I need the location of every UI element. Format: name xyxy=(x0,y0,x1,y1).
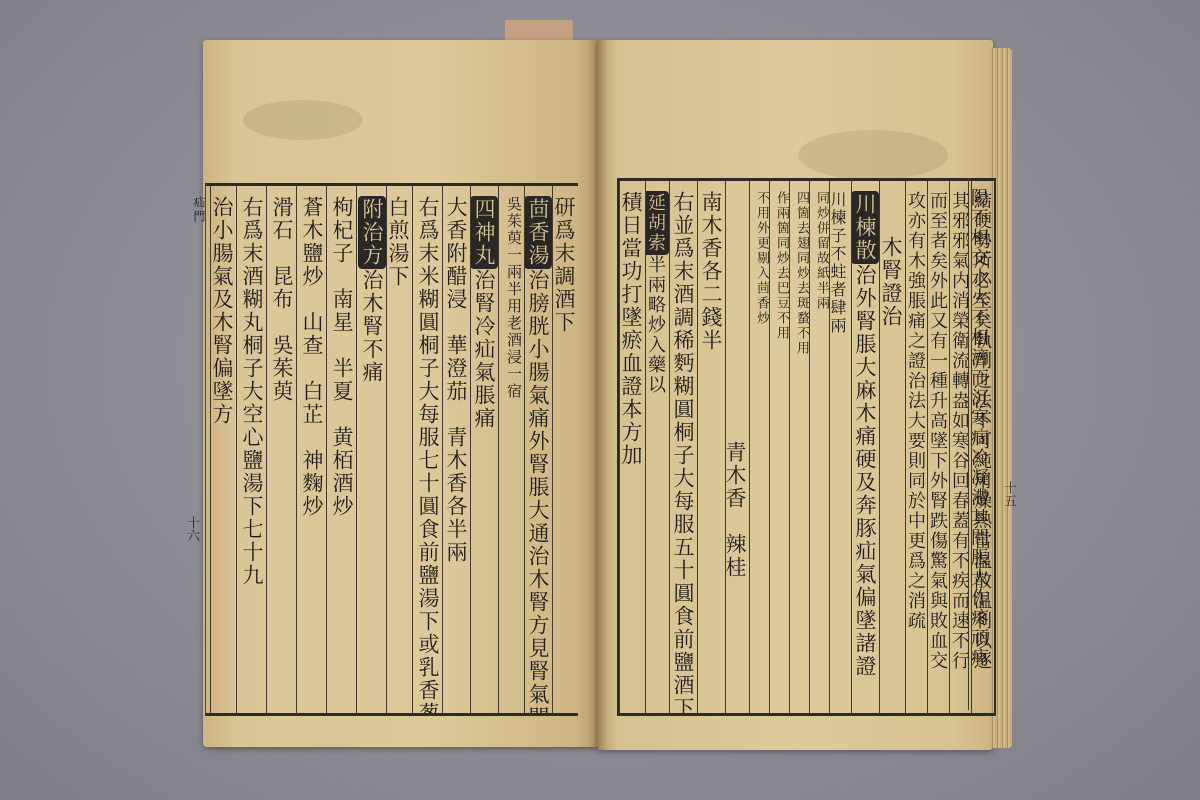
text-column: 而至者矣外此又有一種升高墜下外腎跌傷驚氣與敗血交 xyxy=(927,181,949,713)
book-gutter xyxy=(588,40,608,750)
column-text: 研爲末調酒下 xyxy=(552,196,576,334)
text-column: 茴香湯治膀胱小腸氣痛外腎脹大通治木腎方見腎氣門 xyxy=(524,186,552,713)
column-text: 治外腎脹大麻木痛硬及奔豚疝氣偏墜諸證 xyxy=(853,264,877,678)
text-column: 南木香各二錢半 xyxy=(697,181,725,713)
text-column: 附治方治木腎不痛 xyxy=(356,186,386,713)
column-text: 蒼木鹽炒 山查 白芷 神麴炒 xyxy=(300,196,324,518)
text-column: 枸杞子 南星 半夏 黄栢酒炒 xyxy=(326,186,356,713)
text-column: 陽不相交水火不相濟而沉寒痼冷凝滯其間脹大作疼頑痺 xyxy=(968,178,990,710)
text-column: 攻亦有木強脹痛之證治法大要則同於中更爲之消疏 xyxy=(905,181,927,713)
text-column: 蒼木鹽炒 山查 白芷 神麴炒 xyxy=(296,186,326,713)
margin-title: 疝門 xyxy=(180,186,206,713)
column-text: 大香附醋浸 華澄茄 青木香各半兩 xyxy=(444,196,468,564)
column-text: 白煎湯下 xyxy=(386,196,410,288)
column-text: 四箇去翅同炒去斑蝥不用 xyxy=(794,191,809,356)
text-column: 右爲末米糊圓桐子大每服七十圓食前鹽湯下或乳香葱 xyxy=(412,186,442,713)
folio-number: 十六 xyxy=(182,516,201,542)
heading-tag: 四神丸 xyxy=(470,196,498,269)
column-text: 南木香各二錢半 xyxy=(699,191,723,352)
text-column: 木腎證治 xyxy=(879,181,905,713)
column-text: 右並爲末酒調稀麪糊圓桐子大每服五十圓食前鹽酒下 xyxy=(671,191,695,713)
column-text: 其邪邪氣内消榮衛流轉盎如寒谷回春蓋有不疾而速不行 xyxy=(949,191,970,671)
text-column: 研爲末調酒下 xyxy=(552,186,578,713)
paper-stain xyxy=(798,130,948,180)
column-text: 治腎冷疝氣脹痛 xyxy=(472,269,496,430)
column-text: 陽不相交水火不相濟而沉寒痼冷凝滯其間脹大作疼頑痺 xyxy=(968,188,989,668)
heading-tag: 川楝散 xyxy=(851,191,879,264)
heading-tag: 茴香湯 xyxy=(524,196,552,269)
column-text: 枸杞子 南星 半夏 黄栢酒炒 xyxy=(330,196,354,518)
text-column: 治小腸氣及木腎偏墜方 xyxy=(210,186,236,713)
column-text: 治膀胱小腸氣痛外腎脹大通治木腎方見腎氣門 xyxy=(526,269,550,713)
column-text: 木腎證治 xyxy=(879,236,903,328)
text-column: 四神丸治腎冷疝氣脹痛 xyxy=(470,186,498,713)
text-column: 不用外更剔入茴香炒 xyxy=(749,181,769,713)
text-column: 右並爲末酒調稀麪糊圓桐子大每服五十圓食前鹽酒下 xyxy=(669,181,697,713)
text-column: 右爲末酒糊丸桐子大空心鹽湯下七十九 xyxy=(236,186,266,713)
text-column: 滑石 昆布 吳茱萸 xyxy=(266,186,296,713)
text-column: 川楝散治外腎脹大麻木痛硬及奔豚疝氣偏墜諸證 xyxy=(851,181,879,713)
text-column: 作兩箇同炒去巴豆不用 xyxy=(769,181,789,713)
text-column: 白煎湯下 xyxy=(386,186,412,713)
heading-tag: 延胡索 xyxy=(645,191,669,255)
folio-number: 十五 xyxy=(999,481,1018,507)
column-text: 而至者矣外此又有一種升高墜下外腎跌傷驚氣與敗血交 xyxy=(927,191,948,671)
text-column: 同炒併留故紙半兩 xyxy=(809,181,829,713)
column-text: 治小腸氣及木腎偏墜方 xyxy=(210,196,234,426)
text-column: 青木香 辣桂 xyxy=(725,181,749,713)
text-column: 川楝子不蛀者肆兩 xyxy=(829,181,851,713)
column-text: 青木香 辣桂 xyxy=(725,441,747,579)
column-text: 半兩略炒入藥以 xyxy=(645,255,666,395)
left-text-block: 疝門 治小腸氣及木腎偏墜方 右爲末酒糊丸桐子大空心鹽湯下七十九 滑石 昆布 吳茱… xyxy=(205,183,578,716)
column-text: 川楝子不蛀者肆兩 xyxy=(829,191,847,335)
column-text: 吳茱萸一兩半用老酒浸一宿 xyxy=(505,196,523,400)
text-column: 延胡索半兩略炒入藥以 xyxy=(645,181,669,713)
column-text: 同炒併留故紙半兩 xyxy=(814,191,829,311)
paper-stain xyxy=(243,100,363,140)
column-text: 治木腎不痛 xyxy=(360,269,384,384)
column-text: 作兩箇同炒去巴豆不用 xyxy=(774,191,789,341)
text-column: 積日當功打墜瘀血證本方加 xyxy=(619,181,645,713)
column-text: 積日當功打墜瘀血證本方加 xyxy=(619,191,643,467)
column-text: 不用外更剔入茴香炒 xyxy=(754,191,769,326)
right-text-block: 積日當功打墜瘀血證本方加 延胡索半兩略炒入藥以 右並爲末酒調稀麪糊圓桐子大每服五… xyxy=(617,178,996,716)
column-text: 右爲末酒糊丸桐子大空心鹽湯下七十九 xyxy=(240,196,264,587)
column-text: 滑石 昆布 吳茱萸 xyxy=(270,196,294,403)
text-column: 四箇去翅同炒去斑蝥不用 xyxy=(789,181,809,713)
column-text: 右爲末米糊圓桐子大每服七十圓食前鹽湯下或乳香葱 xyxy=(416,196,440,713)
column-text: 攻亦有木強脹痛之證治法大要則同於中更爲之消疏 xyxy=(905,191,926,631)
text-column: 大香附醋浸 華澄茄 青木香各半兩 xyxy=(442,186,470,713)
heading-tag: 附治方 xyxy=(358,196,386,269)
text-column: 吳茱萸一兩半用老酒浸一宿 xyxy=(498,186,524,713)
